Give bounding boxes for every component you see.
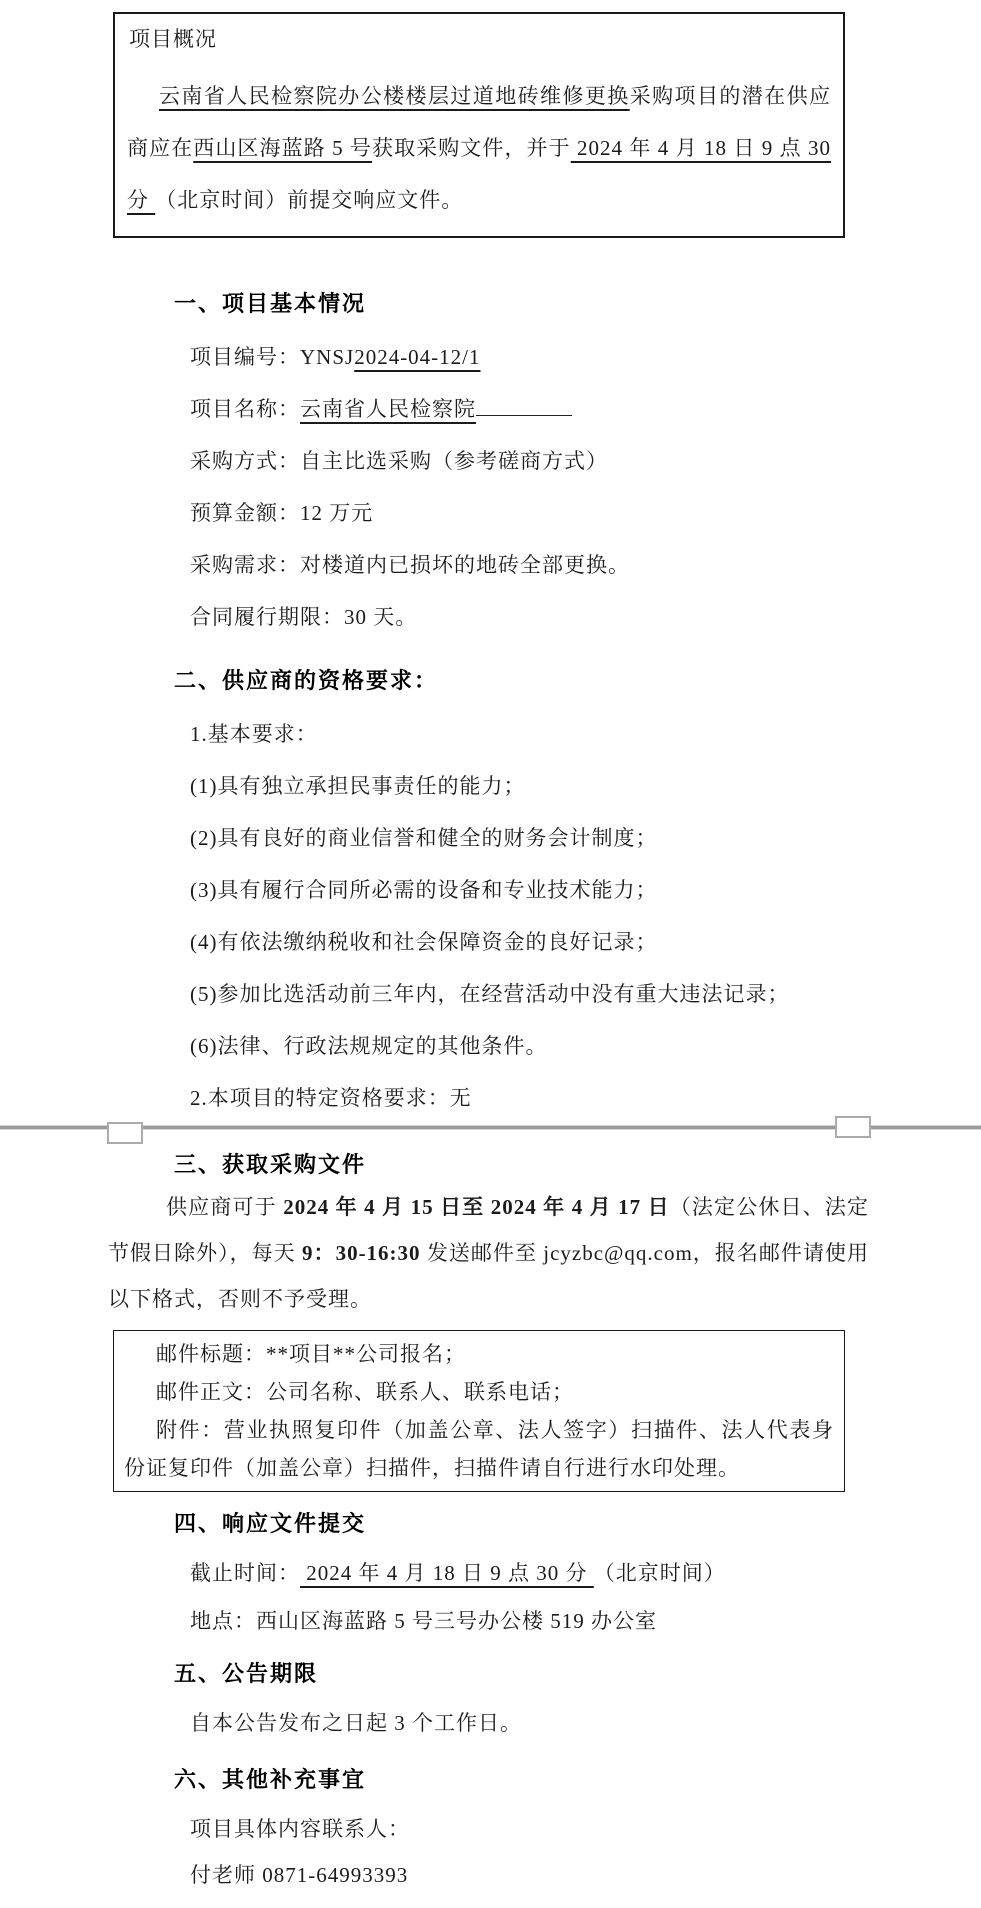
qualification-item: (6)法律、行政法规规定的其他条件。 (190, 1030, 869, 1062)
left-margin-marker (107, 1122, 143, 1144)
location-line: 地点：西山区海蓝路 5 号三号办公楼 519 办公室 (190, 1605, 869, 1637)
project-overview-label: 项目概况 (129, 24, 831, 54)
qualification-item: (4)有依法缴纳税收和社会保障资金的良好记录； (190, 926, 869, 958)
project-title-underlined: 云南省人民检察院办公楼楼层过道地砖维修更换 (159, 84, 630, 108)
contract-period-line: 合同履行期限：30 天。 (190, 601, 869, 633)
qualification-item: 2.本项目的特定资格要求：无 (190, 1082, 869, 1114)
deadline-value-underlined: 2024 年 4 月 18 日 9 点 30 分 (300, 1561, 594, 1585)
deadline-line: 截止时间： 2024 年 4 月 18 日 9 点 30 分 （北京时间） (190, 1557, 869, 1589)
section-1-heading: 一、项目基本情况 (174, 287, 869, 321)
project-overview-paragraph: 云南省人民检察院办公楼楼层过道地砖维修更换采购项目的潜在供应商应在西山区海蓝路 … (127, 70, 831, 226)
contact-line: 付老师 0871-64993393 (190, 1859, 869, 1891)
requirement-line: 采购需求：对楼道内已损坏的地砖全部更换。 (190, 549, 869, 581)
overview-text: 获取采购文件，并于 (372, 136, 571, 160)
obtain-text: 供应商可于 (166, 1195, 283, 1219)
page-break-line (0, 1125, 981, 1130)
obtain-dates-bold: 2024 年 4 月 15 日至 2024 年 4 月 17 日 (283, 1195, 670, 1219)
project-number-line: 项目编号：YNSJ2024-04-12/1 (190, 341, 869, 373)
obtain-paragraph: 供应商可于 2024 年 4 月 15 日至 2024 年 4 月 17 日（法… (108, 1184, 869, 1322)
section-3-heading: 三、获取采购文件 (174, 1148, 869, 1182)
project-name-label: 项目名称： (190, 397, 300, 421)
section-2-heading: 二、供应商的资格要求： (174, 664, 869, 698)
project-name-line: 项目名称：云南省人民检察院 (190, 393, 869, 425)
project-number-value: 2024-04-12/1 (354, 345, 480, 369)
purchase-method-line: 采购方式：自主比选采购（参考磋商方式） (190, 445, 869, 477)
email-attachment-line: 附件：营业执照复印件（加盖公章、法人签字）扫描件、法人代表身份证复印件（加盖公章… (124, 1411, 834, 1487)
deadline-label: 截止时间： (190, 1561, 300, 1585)
section-4-heading: 四、响应文件提交 (174, 1507, 869, 1541)
project-number-label: 项目编号：YNSJ (190, 345, 354, 369)
page-break-divider (0, 1114, 981, 1142)
right-margin-marker (835, 1116, 871, 1138)
obtain-hours-bold: 9：30-16:30 (302, 1241, 421, 1265)
announcement-period-line: 自本公告发布之日起 3 个工作日。 (190, 1707, 869, 1739)
qualification-item: (3)具有履行合同所必需的设备和专业技术能力； (190, 874, 869, 906)
project-name-value: 云南省人民检察院 (300, 397, 476, 421)
overview-text: （北京时间）前提交响应文件。 (155, 188, 463, 212)
deadline-suffix: （北京时间） (594, 1561, 726, 1585)
email-body-line: 邮件正文：公司名称、联系人、联系电话； (124, 1373, 834, 1411)
section-6-heading: 六、其他补充事宜 (174, 1763, 869, 1797)
project-overview-box: 项目概况 云南省人民检察院办公楼楼层过道地砖维修更换采购项目的潜在供应商应在西山… (113, 12, 845, 238)
qualification-item: 1.基本要求： (190, 718, 869, 750)
email-format-box: 邮件标题：**项目**公司报名； 邮件正文：公司名称、联系人、联系电话； 附件：… (113, 1330, 845, 1492)
qualification-item: (2)具有良好的商业信誉和健全的财务会计制度； (190, 822, 869, 854)
qualification-item: (1)具有独立承担民事责任的能力； (190, 770, 869, 802)
procurement-announcement-document: 项目概况 云南省人民检察院办公楼楼层过道地砖维修更换采购项目的潜在供应商应在西山… (0, 0, 981, 1908)
qualification-item: (5)参加比选活动前三年内，在经营活动中没有重大违法记录； (190, 978, 869, 1010)
section-5-heading: 五、公告期限 (174, 1657, 869, 1691)
contact-label-line: 项目具体内容联系人： (190, 1813, 869, 1845)
email-subject-line: 邮件标题：**项目**公司报名； (124, 1335, 834, 1373)
name-blank-underline (476, 394, 572, 416)
address-underlined: 西山区海蓝路 5 号 (193, 136, 372, 160)
budget-line: 预算金额：12 万元 (190, 497, 869, 529)
